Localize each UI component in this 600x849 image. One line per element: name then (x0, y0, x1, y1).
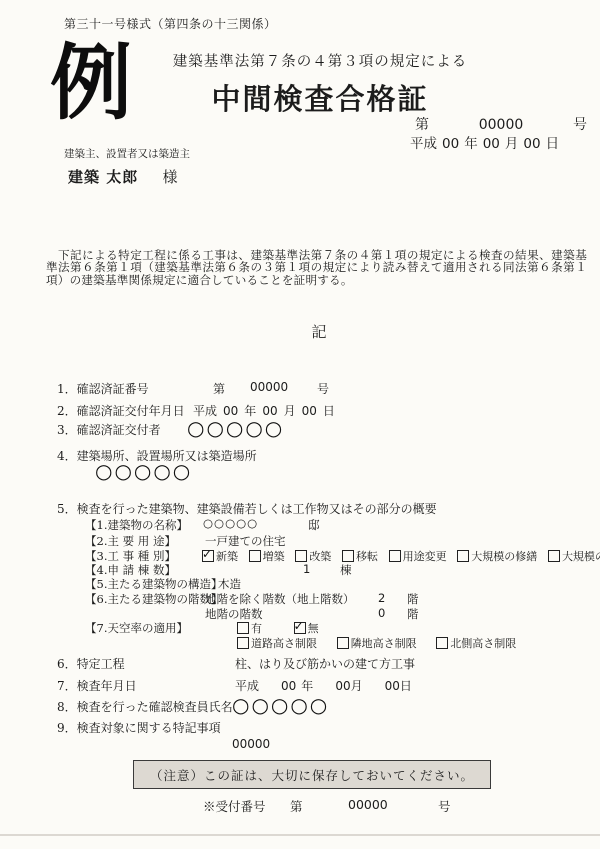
month-unit: 月 (505, 132, 519, 152)
item-5-heading: 5．検査を行った建築物、建築設備若しくは工作物又はその部分の概要 (57, 500, 437, 517)
month-unit: 月 (351, 677, 363, 694)
count-value: 1 (303, 562, 310, 576)
checkbox-icon (237, 637, 249, 649)
checkbox-icon (202, 550, 214, 562)
item-5-restrictions-row: 道路高さ制限 隣地高さ制限 北側高さ制限 (0, 635, 600, 653)
item-7-date: 平成 00 年 00 月 00 日 (235, 677, 412, 694)
certificate-page: 第三十一号様式（第四条の十三関係） 例 建築基準法第７条の４第３項の規定による … (0, 0, 600, 849)
checkbox-icon (389, 550, 401, 562)
item-3-label: 3．確認済証交付者 (57, 421, 161, 438)
item-9-value-row: 00000 (0, 737, 600, 755)
item-7-label: 7．検査年月日 (57, 677, 137, 694)
checkbox-icon (294, 622, 306, 634)
notice-box: （注意）この証は、大切に保存しておいてください。 (133, 760, 491, 789)
main-use-value: 一戸建ての住宅 (205, 533, 286, 549)
checkbox-icon (457, 550, 469, 562)
law-reference: 建築基準法第７条の４第３項の規定による (130, 50, 510, 71)
building-name-label: 【1.建築物の名称】 (85, 517, 188, 533)
checkbox-label: 北側高さ制限 (450, 635, 516, 651)
addressee-honorific: 様 (162, 168, 178, 186)
main-use-label: 【2.主 要 用 途】 (85, 533, 176, 549)
ki-heading: 記 (130, 321, 510, 342)
year-unit: 年 (464, 132, 478, 152)
structure-value: 木造 (218, 576, 241, 592)
reception-label: ※受付番号 (203, 797, 266, 815)
addressee-label: 建築主、設置者又は築造主 (64, 146, 190, 161)
floors-above-unit: 階 (407, 591, 419, 607)
item-9-label: 9．検査対象に関する特記事項 (57, 719, 221, 736)
checkbox-hokusoku-takasa: 北側高さ制限 (436, 635, 516, 651)
floors-label: 【6.主たる建築物の階数】 (85, 591, 222, 607)
year-value: 00 (281, 679, 296, 693)
form-code: 第三十一号様式（第四条の十三関係） (64, 15, 277, 32)
reception-dai: 第 (290, 797, 303, 815)
floors-above-value: 2 (378, 591, 385, 605)
item-3-value-redacted: ○○○○○ (187, 419, 284, 437)
month-unit: 月 (284, 402, 296, 419)
item-8-label: 8．検査を行った確認検査員氏名 (57, 698, 233, 715)
item-2-row: 2．確認済証交付年月日 平成 00 年 00 月 00 日 (0, 402, 600, 420)
reception-gou: 号 (438, 797, 451, 815)
era-label: 平成 (410, 132, 437, 152)
header-center: 建築基準法第７条の４第３項の規定による 中間検査合格証 (130, 50, 510, 118)
body-paragraph: 下記による特定工程に係る工事は、建築基準法第７条の４第１項の規定による検査の結果… (46, 249, 587, 286)
year-unit: 年 (301, 677, 313, 694)
item-6-label: 6．特定工程 (57, 655, 125, 672)
year-value: 00 (442, 136, 459, 152)
building-name-suffix: 邸 (308, 517, 320, 533)
item-1-gou: 号 (317, 380, 329, 397)
day-value: 00 (523, 136, 540, 152)
item-1-row: 1．確認済証番号 第 00000 号 (0, 380, 600, 398)
item-6-row: 6．特定工程 柱、はり及び筋かいの建て方工事 (0, 655, 600, 673)
checkbox-label: 隣地高さ制限 (351, 635, 417, 651)
checkbox-icon (337, 637, 349, 649)
sky-factor-label: 【7.天空率の適用】 (85, 620, 188, 636)
issue-date-row: 平成 00 年 00 月 00 日 (410, 132, 559, 152)
checkbox-label: 有 (251, 620, 262, 636)
day-value: 00 (385, 679, 400, 693)
day-unit: 日 (323, 402, 335, 419)
checkbox-icon (295, 550, 307, 562)
example-stamp: 例 (50, 40, 132, 126)
reception-value: 00000 (348, 797, 388, 812)
item-3-row: 3．確認済証交付者 ○○○○○ (0, 421, 600, 439)
item-8-row: 8．検査を行った確認検査員氏名 ○○○○○ (0, 698, 600, 716)
item-4-value-row: ○○○○○ (0, 462, 600, 480)
addressee-name: 建築 太郎 (68, 168, 138, 186)
item-9-row: 9．検査対象に関する特記事項 (0, 719, 600, 737)
item-1-label: 1．確認済証番号 (57, 380, 149, 397)
month-value: 00 (483, 136, 500, 152)
addressee-row: 建築 太郎 様 (68, 166, 178, 187)
item-8-value-redacted: ○○○○○ (232, 696, 329, 714)
reception-row: ※受付番号 第 00000 号 (0, 797, 600, 815)
cert-no-prefix: 第 (415, 114, 429, 134)
checkbox-nashi: 無 (294, 620, 319, 636)
scan-artifact-line (0, 834, 600, 836)
checkbox-icon (249, 550, 261, 562)
checkbox-icon (436, 637, 448, 649)
floors-above-label: 地階を除く階数（地上階数） (205, 591, 355, 607)
certificate-title: 中間検査合格証 (130, 77, 510, 118)
checkbox-ari: 有 (237, 620, 262, 636)
day-value: 00 (302, 404, 317, 418)
structure-label: 【5.主たる建築物の構造】 (85, 576, 222, 592)
era-label: 平成 (235, 677, 259, 694)
floors-below-value: 0 (378, 606, 385, 620)
height-restriction-options: 道路高さ制限 隣地高さ制限 北側高さ制限 (237, 635, 523, 652)
cert-no-suffix: 号 (573, 114, 587, 134)
item-6-value: 柱、はり及び筋かいの建て方工事 (235, 655, 415, 672)
cert-no-value: 00000 (479, 117, 524, 133)
checkbox-label: 道路高さ制限 (251, 635, 317, 651)
checkbox-rinchi-takasa: 隣地高さ制限 (337, 635, 417, 651)
checkbox-icon (237, 622, 249, 634)
checkbox-icon (548, 550, 560, 562)
day-unit: 日 (546, 132, 560, 152)
building-name-redacted: ○○○○○ (203, 518, 258, 528)
item-1-value: 00000 (250, 380, 288, 394)
checkbox-icon (342, 550, 354, 562)
item-4-value-redacted: ○○○○○ (95, 462, 192, 480)
month-value: 00 (335, 679, 350, 693)
day-unit: 日 (400, 677, 412, 694)
item-9-value: 00000 (232, 737, 270, 751)
item-5-heading-row: 5．検査を行った建築物、建築設備若しくは工作物又はその部分の概要 (0, 500, 600, 518)
certificate-number-row: 第 00000 号 (415, 114, 587, 134)
item-1-dai: 第 (213, 380, 225, 397)
checkbox-douro-takasa: 道路高さ制限 (237, 635, 317, 651)
notice-text: （注意）この証は、大切に保存しておいてください。 (150, 766, 474, 784)
item-2-label: 2．確認済証交付年月日 (57, 402, 185, 419)
checkbox-label: 無 (308, 620, 319, 636)
